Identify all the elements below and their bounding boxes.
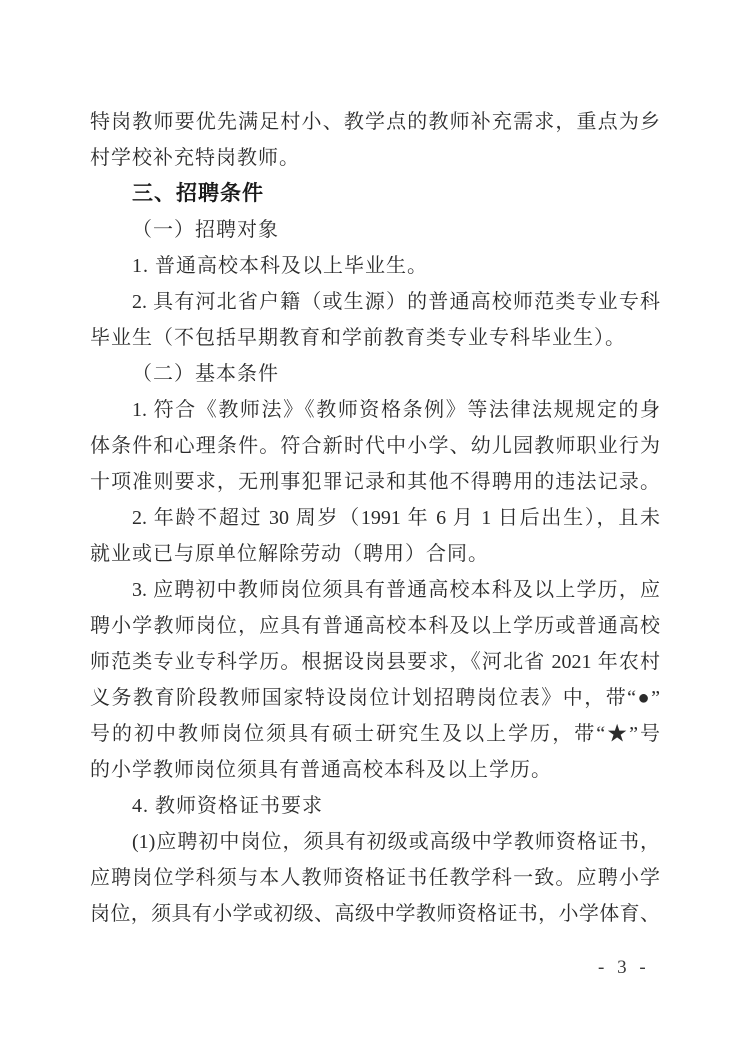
text-line-21: (1)应聘初中岗位，须具有初级或高级中学教师资格证书， <box>90 824 660 860</box>
text-line-22: 应聘岗位学科须与本人教师资格证书任教学科一致。应聘小学 <box>90 860 660 896</box>
text-line-18: 号的初中教师岗位须具有硕士研究生及以上学历，带“★”号 <box>90 716 660 752</box>
text-line-4: （一）招聘对象 <box>90 212 660 248</box>
text-line-11: 十项准则要求，无刑事犯罪记录和其他不得聘用的违法记录。 <box>90 464 660 500</box>
text-line-9: 1. 符合《教师法》《教师资格条例》等法律法规规定的身 <box>90 392 660 428</box>
text-line-15: 聘小学教师岗位，应具有普通高校本科及以上学历或普通高校 <box>90 608 660 644</box>
document-page: 特岗教师要优先满足村小、教学点的教师补充需求，重点为乡 村学校补充特岗教师。 三… <box>0 0 750 1060</box>
text-line-2: 村学校补充特岗教师。 <box>90 140 660 176</box>
section-heading: 三、招聘条件 <box>90 176 660 212</box>
page-number: - 3 - <box>598 955 650 981</box>
text-line-14: 3. 应聘初中教师岗位须具有普通高校本科及以上学历，应 <box>90 572 660 608</box>
text-line-6: 2. 具有河北省户籍（或生源）的普通高校师范类专业专科 <box>90 284 660 320</box>
text-line-12: 2. 年龄不超过 30 周岁（1991 年 6 月 1 日后出生），且未 <box>90 500 660 536</box>
text-line-19: 的小学教师岗位须具有普通高校本科及以上学历。 <box>90 752 660 788</box>
text-line-20: 4. 教师资格证书要求 <box>90 788 660 824</box>
text-line-23: 岗位，须具有小学或初级、高级中学教师资格证书，小学体育、 <box>90 896 660 932</box>
text-line-10: 体条件和心理条件。符合新时代中小学、幼儿园教师职业行为 <box>90 428 660 464</box>
document-body: 特岗教师要优先满足村小、教学点的教师补充需求，重点为乡 村学校补充特岗教师。 三… <box>90 104 660 932</box>
text-line-17: 义务教育阶段教师国家特设岗位计划招聘岗位表》中，带“●” <box>90 680 660 716</box>
text-line-1: 特岗教师要优先满足村小、教学点的教师补充需求，重点为乡 <box>90 104 660 140</box>
text-line-7: 毕业生（不包括早期教育和学前教育类专业专科毕业生）。 <box>90 320 660 356</box>
text-line-16: 师范类专业专科学历。根据设岗县要求，《河北省 2021 年农村 <box>90 644 660 680</box>
text-line-8: （二）基本条件 <box>90 356 660 392</box>
text-line-13: 就业或已与原单位解除劳动（聘用）合同。 <box>90 536 660 572</box>
text-line-5: 1. 普通高校本科及以上毕业生。 <box>90 248 660 284</box>
